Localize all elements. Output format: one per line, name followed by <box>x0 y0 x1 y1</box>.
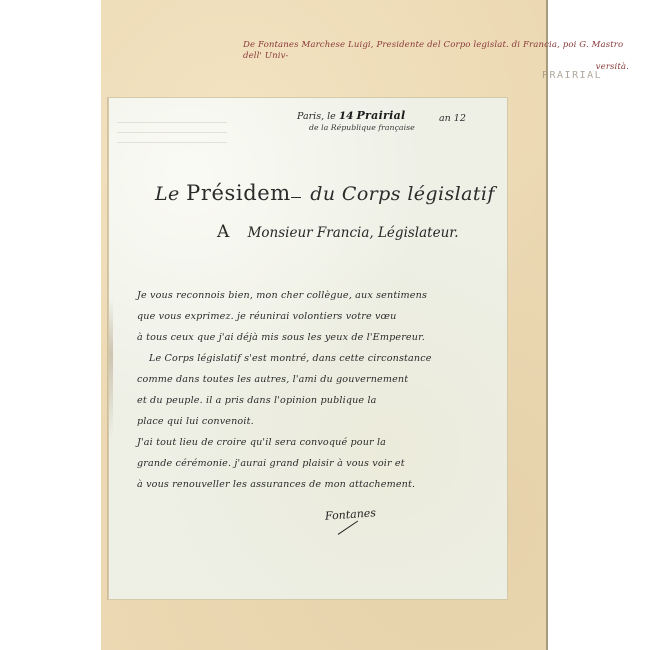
dateline-year: an 12 <box>439 113 466 124</box>
body-line: et du peuple. il a pris dans l'opinion p… <box>137 390 507 411</box>
dateline-place: Paris, le <box>297 111 336 122</box>
dateline-republic: de la République française <box>309 123 415 132</box>
body-line: J'ai tout lieu de croire qu'il sera conv… <box>137 432 507 453</box>
annotation-line-1: De Fontanes Marchese Luigi, Presidente d… <box>243 40 623 61</box>
body-line: à tous ceux que j'ai déjà mis sous les y… <box>137 327 507 348</box>
faint-note-line <box>117 142 227 143</box>
dateline: Paris, le 14 Prairial de la République f… <box>297 109 415 132</box>
body-line: comme dans toutes les autres, l'ami du g… <box>137 369 507 390</box>
addressee-line: A Monsieur Francia, Législateur. <box>217 222 459 242</box>
dateline-day: 14 <box>339 110 354 122</box>
faint-note-line <box>117 132 227 133</box>
faint-pencil-notes <box>117 122 227 162</box>
signature: Fontanes <box>325 506 377 523</box>
letterhead-president: Présidem <box>186 181 291 205</box>
edge-stain <box>109 298 113 438</box>
letterhead-le: Le <box>155 183 180 205</box>
body-line: place qui lui convenoit. <box>137 411 507 432</box>
body-line: Le Corps législatif s'est montré, dans c… <box>137 348 507 369</box>
body-line: grande cérémonie. j'aurai grand plaisir … <box>137 453 507 474</box>
archive-annotation: De Fontanes Marchese Luigi, Presidente d… <box>243 40 643 73</box>
faint-note-line <box>117 122 227 123</box>
month-stamp: PRAIRIAL <box>542 70 602 81</box>
body-line: à vous renouveller les assurances de mon… <box>137 474 507 495</box>
document-scan: De Fontanes Marchese Luigi, Presidente d… <box>0 0 650 650</box>
letter-sheet: Paris, le 14 Prairial de la République f… <box>108 97 508 600</box>
letterhead-flourish <box>291 197 301 198</box>
letterhead-title: Le Présidem du Corps législatif <box>155 181 495 205</box>
body-line: que vous exprimez. je réunirai volontier… <box>137 306 507 327</box>
letter-body: Je vous reconnois bien, mon cher collègu… <box>137 285 507 495</box>
addressee-initial: A <box>217 222 229 242</box>
dateline-month: Prairial <box>356 109 405 122</box>
addressee-name: Monsieur Francia, Législateur. <box>248 225 459 241</box>
body-line: Je vous reconnois bien, mon cher collègu… <box>137 285 507 306</box>
letterhead-rest: du Corps législatif <box>310 183 495 205</box>
